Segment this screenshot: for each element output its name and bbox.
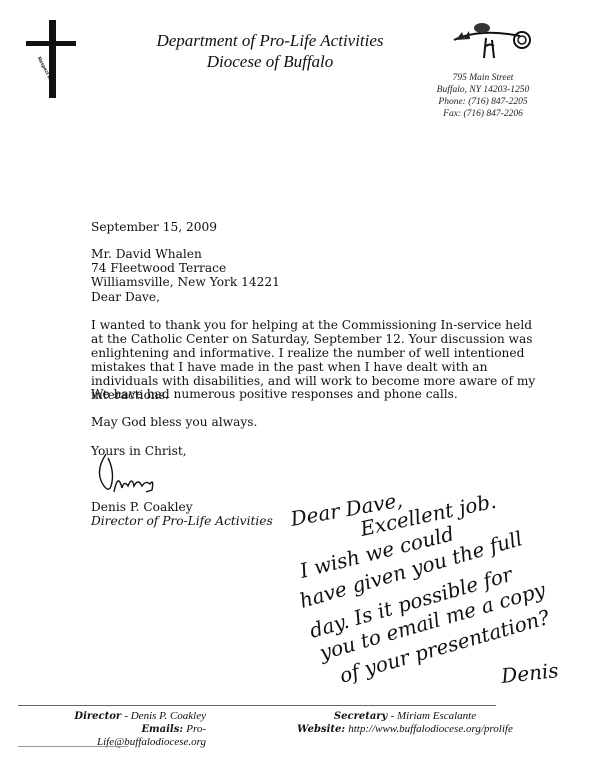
signer-block: Denis P. Coakley Director of Pro-Life Ac… bbox=[91, 500, 273, 528]
handwritten-signature: Denis bbox=[499, 658, 560, 688]
website-label: Website: bbox=[297, 724, 345, 735]
director-label: Director bbox=[74, 711, 121, 722]
diocese-name: Diocese of Buffalo bbox=[150, 51, 390, 72]
signature-scribble bbox=[96, 452, 176, 500]
rose-illustration-icon bbox=[450, 18, 535, 63]
footer-contact-left: Director - Denis P. Coakley Emails: Pro-… bbox=[36, 710, 206, 749]
signer-title: Director of Pro-Life Activities bbox=[91, 514, 273, 528]
cross-vertical-beam bbox=[49, 20, 56, 98]
website-value: http://www.buffalodiocese.org/prolife bbox=[348, 723, 513, 735]
body-paragraph: May God bless you always. bbox=[91, 415, 257, 429]
department-name: Department of Pro-Life Activities bbox=[150, 30, 390, 51]
handwritten-note: Dear Dave, Excellent job. I wish we coul… bbox=[282, 478, 600, 693]
footer-contact-right: Secretary - Miriam Escalante Website: ht… bbox=[260, 710, 550, 736]
salutation: Dear Dave, bbox=[91, 290, 160, 304]
signer-name: Denis P. Coakley bbox=[91, 500, 273, 514]
footer-divider bbox=[18, 705, 496, 706]
secretary-value: - Miriam Escalante bbox=[391, 710, 477, 722]
address-fax: Fax: (716) 847-2206 bbox=[420, 108, 546, 120]
recipient-address: Mr. David Whalen 74 Fleetwood Terrace Wi… bbox=[91, 247, 280, 289]
footer-bottom-rule bbox=[18, 746, 128, 747]
address-phone: Phone: (716) 847-2205 bbox=[420, 96, 546, 108]
cross-horizontal-beam bbox=[26, 41, 76, 46]
body-paragraph: We have had numerous positive responses … bbox=[91, 387, 458, 401]
address-street: 795 Main Street bbox=[420, 72, 546, 84]
recipient-street: 74 Fleetwood Terrace bbox=[91, 261, 280, 275]
organization-address: 795 Main Street Buffalo, NY 14203-1250 P… bbox=[420, 72, 590, 120]
letter-date: September 15, 2009 bbox=[91, 220, 217, 234]
emails-label: Emails: bbox=[141, 724, 183, 735]
secretary-label: Secretary bbox=[334, 711, 387, 722]
director-value: - Denis P. Coakley bbox=[124, 710, 206, 722]
recipient-name: Mr. David Whalen bbox=[91, 247, 280, 261]
recipient-city: Williamsville, New York 14221 bbox=[91, 275, 280, 289]
letterhead-title: Department of Pro-Life Activities Dioces… bbox=[150, 30, 390, 72]
address-city: Buffalo, NY 14203-1250 bbox=[420, 84, 546, 96]
respect-life-cross-logo: Respect Life bbox=[26, 20, 78, 100]
